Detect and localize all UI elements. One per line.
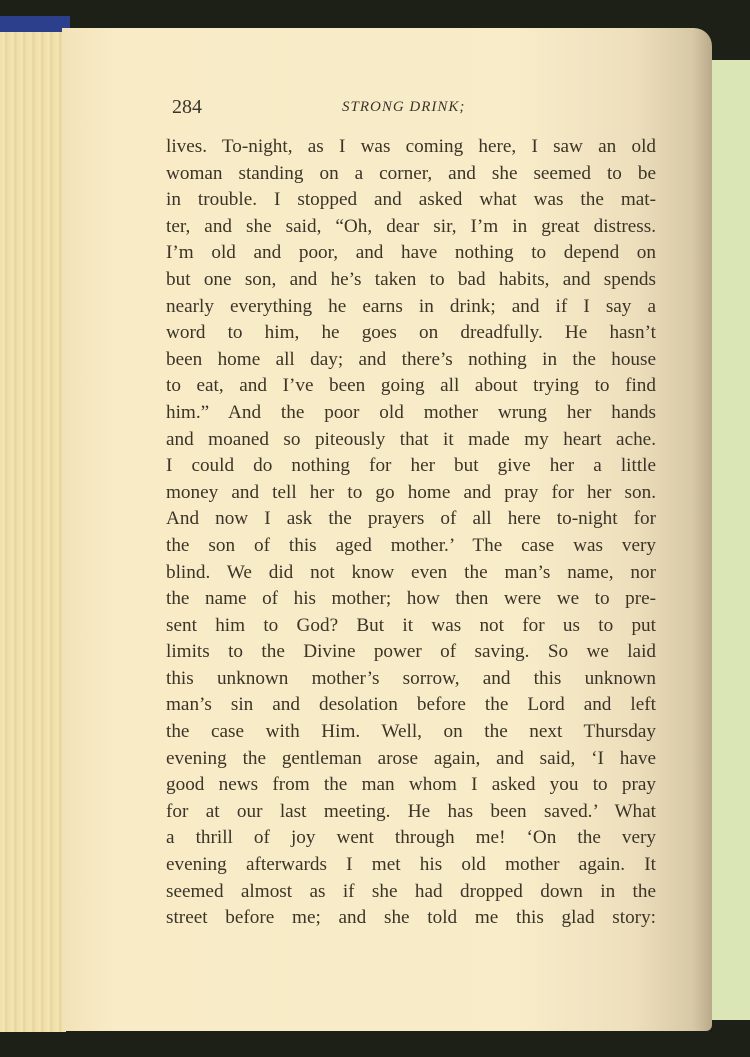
text-line: seemed almost as if she had dropped down… xyxy=(166,879,656,906)
text-line: lives. To-night, as I was coming here, I… xyxy=(166,134,656,161)
text-line: good news from the man whom I asked you … xyxy=(166,772,656,799)
text-line: the name of his mother; how then were we… xyxy=(166,586,656,613)
text-line: him.” And the poor old mother wrung her … xyxy=(166,400,656,427)
text-line: and moaned so piteously that it made my … xyxy=(166,427,656,454)
page-number: 284 xyxy=(172,96,202,119)
page-edges xyxy=(0,32,66,1032)
text-line: the case with Him. Well, on the next Thu… xyxy=(166,719,656,746)
text-line: street before me; and she told me this g… xyxy=(166,905,656,932)
text-line: I’m old and poor, and have nothing to de… xyxy=(166,240,656,267)
running-title: STRONG DRINK; xyxy=(342,99,465,116)
text-line: but one son, and he’s taken to bad habit… xyxy=(166,267,656,294)
body-text: lives. To-night, as I was coming here, I… xyxy=(166,134,656,932)
text-line: to eat, and I’ve been going all about tr… xyxy=(166,373,656,400)
text-line: been home all day; and there’s nothing i… xyxy=(166,347,656,374)
text-line: evening the gentleman arose again, and s… xyxy=(166,746,656,773)
text-line: this unknown mother’s sorrow, and this u… xyxy=(166,666,656,693)
text-line: sent him to God? But it was not for us t… xyxy=(166,613,656,640)
text-line: money and tell her to go home and pray f… xyxy=(166,480,656,507)
text-line: man’s sin and desolation before the Lord… xyxy=(166,692,656,719)
text-line: And now I ask the prayers of all here to… xyxy=(166,506,656,533)
page-header: 284 STRONG DRINK; xyxy=(172,96,652,120)
text-line: word to him, he goes on dreadfully. He h… xyxy=(166,320,656,347)
text-line: woman standing on a corner, and she seem… xyxy=(166,161,656,188)
text-line: blind. We did not know even the man’s na… xyxy=(166,560,656,587)
text-line: the son of this aged mother.’ The case w… xyxy=(166,533,656,560)
text-line: evening afterwards I met his old mother … xyxy=(166,852,656,879)
text-line: a thrill of joy went through me! ‘On the… xyxy=(166,825,656,852)
facing-page-edge xyxy=(708,60,750,1020)
text-line: in trouble. I stopped and asked what was… xyxy=(166,187,656,214)
text-line: I could do nothing for her but give her … xyxy=(166,453,656,480)
text-line: ter, and she said, “Oh, dear sir, I’m in… xyxy=(166,214,656,241)
text-line: for at our last meeting. He has been sav… xyxy=(166,799,656,826)
text-line: nearly everything he earns in drink; and… xyxy=(166,294,656,321)
text-line: limits to the Divine power of saving. So… xyxy=(166,639,656,666)
